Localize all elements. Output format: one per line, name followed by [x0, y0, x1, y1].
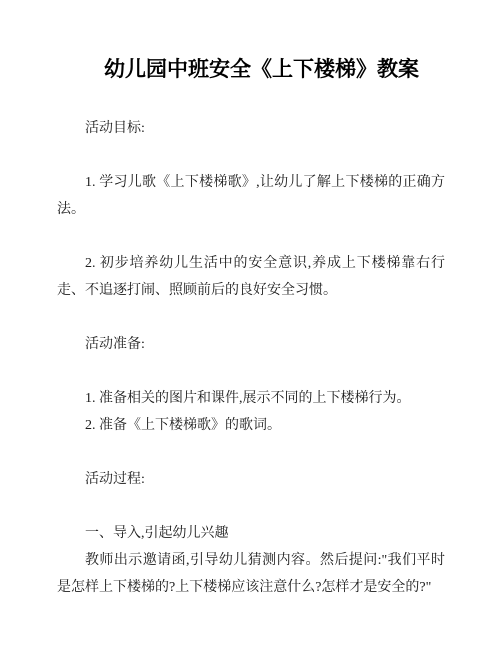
process-step-1-description: 教师出示邀请函,引导幼儿猜测内容。然后提问:"我们平时是怎样上下楼梯的?上下楼梯… [57, 547, 445, 601]
document-page: 幼儿园中班安全《上下楼梯》教案 活动目标: 1. 学习儿歌《上下楼梯歌》,让幼儿… [0, 0, 500, 647]
preparation-item-2: 2. 准备《上下楼梯歌》的歌词。 [57, 412, 445, 439]
section-heading-activity-process: 活动过程: [57, 466, 445, 493]
preparation-item-1: 1. 准备相关的图片和课件,展示不同的上下楼梯行为。 [57, 385, 445, 412]
section-heading-activity-goals: 活动目标: [57, 115, 445, 142]
process-step-1-heading: 一、导入,引起幼儿兴趣 [57, 520, 445, 547]
document-title: 幼儿园中班安全《上下楼梯》教案 [40, 55, 460, 85]
document-body: 活动目标: 1. 学习儿歌《上下楼梯歌》,让幼儿了解上下楼梯的正确方法。 2. … [57, 115, 445, 601]
goal-item-1: 1. 学习儿歌《上下楼梯歌》,让幼儿了解上下楼梯的正确方法。 [57, 169, 445, 223]
goal-item-2: 2. 初步培养幼儿生活中的安全意识,养成上下楼梯靠右行走、不追逐打闹、照顾前后的… [57, 250, 445, 304]
section-heading-activity-preparation: 活动准备: [57, 331, 445, 358]
